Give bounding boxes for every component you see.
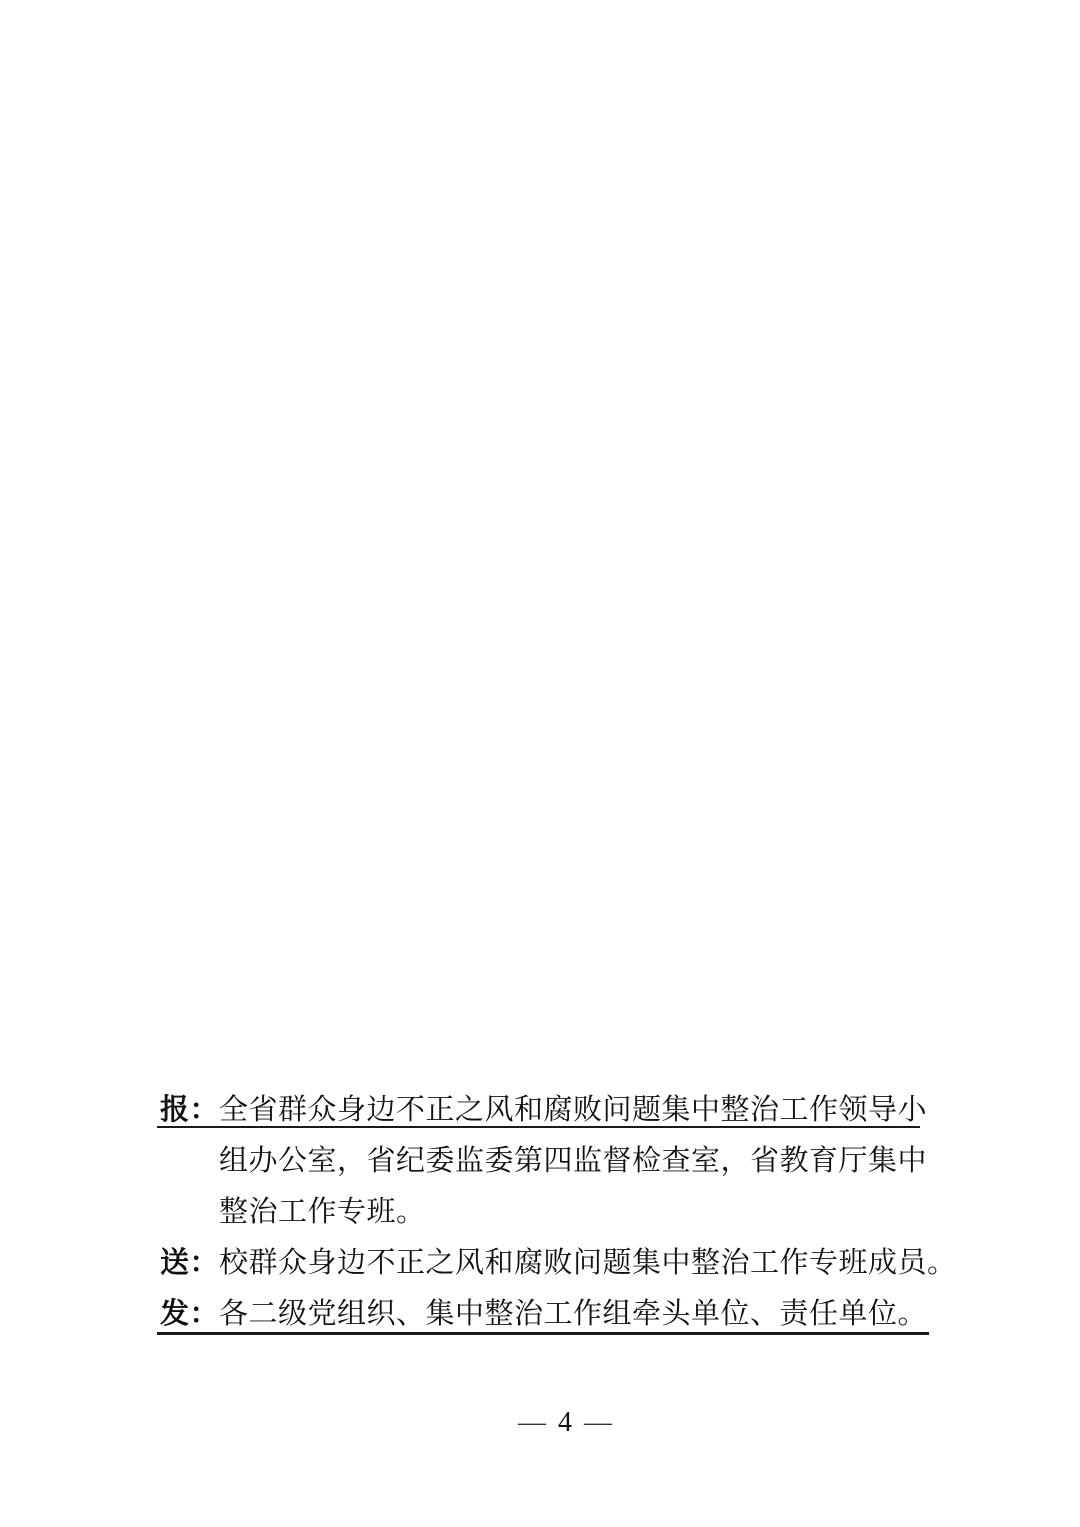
issue-text-line: 各二级党组织、集中整治工作组牵头单位、责任单位。 bbox=[219, 1298, 927, 1330]
distribution-bottom-rule bbox=[157, 1332, 929, 1335]
document-page: 报：全省群众身边不正之风和腐败问题集中整治工作领导小 组办公室，省纪委监委第四监… bbox=[0, 0, 1080, 1527]
report-entry-line-2: 组办公室，省纪委监委第四监督检查室，省教育厅集中 bbox=[160, 1136, 960, 1187]
copy-entry-line: 送：校群众身边不正之风和腐败问题集中整治工作专班成员。 bbox=[160, 1238, 960, 1289]
footer-dash-left: — bbox=[518, 1407, 546, 1438]
report-text-line-3: 整治工作专班。 bbox=[219, 1196, 426, 1228]
page-footer: —4— bbox=[518, 1406, 612, 1440]
copy-label: 送： bbox=[160, 1247, 219, 1279]
report-entry-line-1: 报：全省群众身边不正之风和腐败问题集中整治工作领导小 bbox=[160, 1085, 960, 1136]
distribution-block: 报：全省群众身边不正之风和腐败问题集中整治工作领导小 组办公室，省纪委监委第四监… bbox=[160, 1085, 960, 1340]
page-number: 4 bbox=[558, 1407, 572, 1438]
report-text-line-2: 组办公室，省纪委监委第四监督检查室，省教育厅集中 bbox=[219, 1145, 927, 1177]
copy-text-line: 校群众身边不正之风和腐败问题集中整治工作专班成员。 bbox=[219, 1247, 957, 1279]
report-text-line-1: 全省群众身边不正之风和腐败问题集中整治工作领导小 bbox=[219, 1094, 927, 1126]
report-label: 报： bbox=[160, 1094, 219, 1126]
issue-label: 发： bbox=[160, 1298, 219, 1330]
report-underline bbox=[157, 1126, 920, 1128]
report-entry-line-3: 整治工作专班。 bbox=[160, 1187, 960, 1238]
footer-dash-right: — bbox=[584, 1407, 612, 1438]
